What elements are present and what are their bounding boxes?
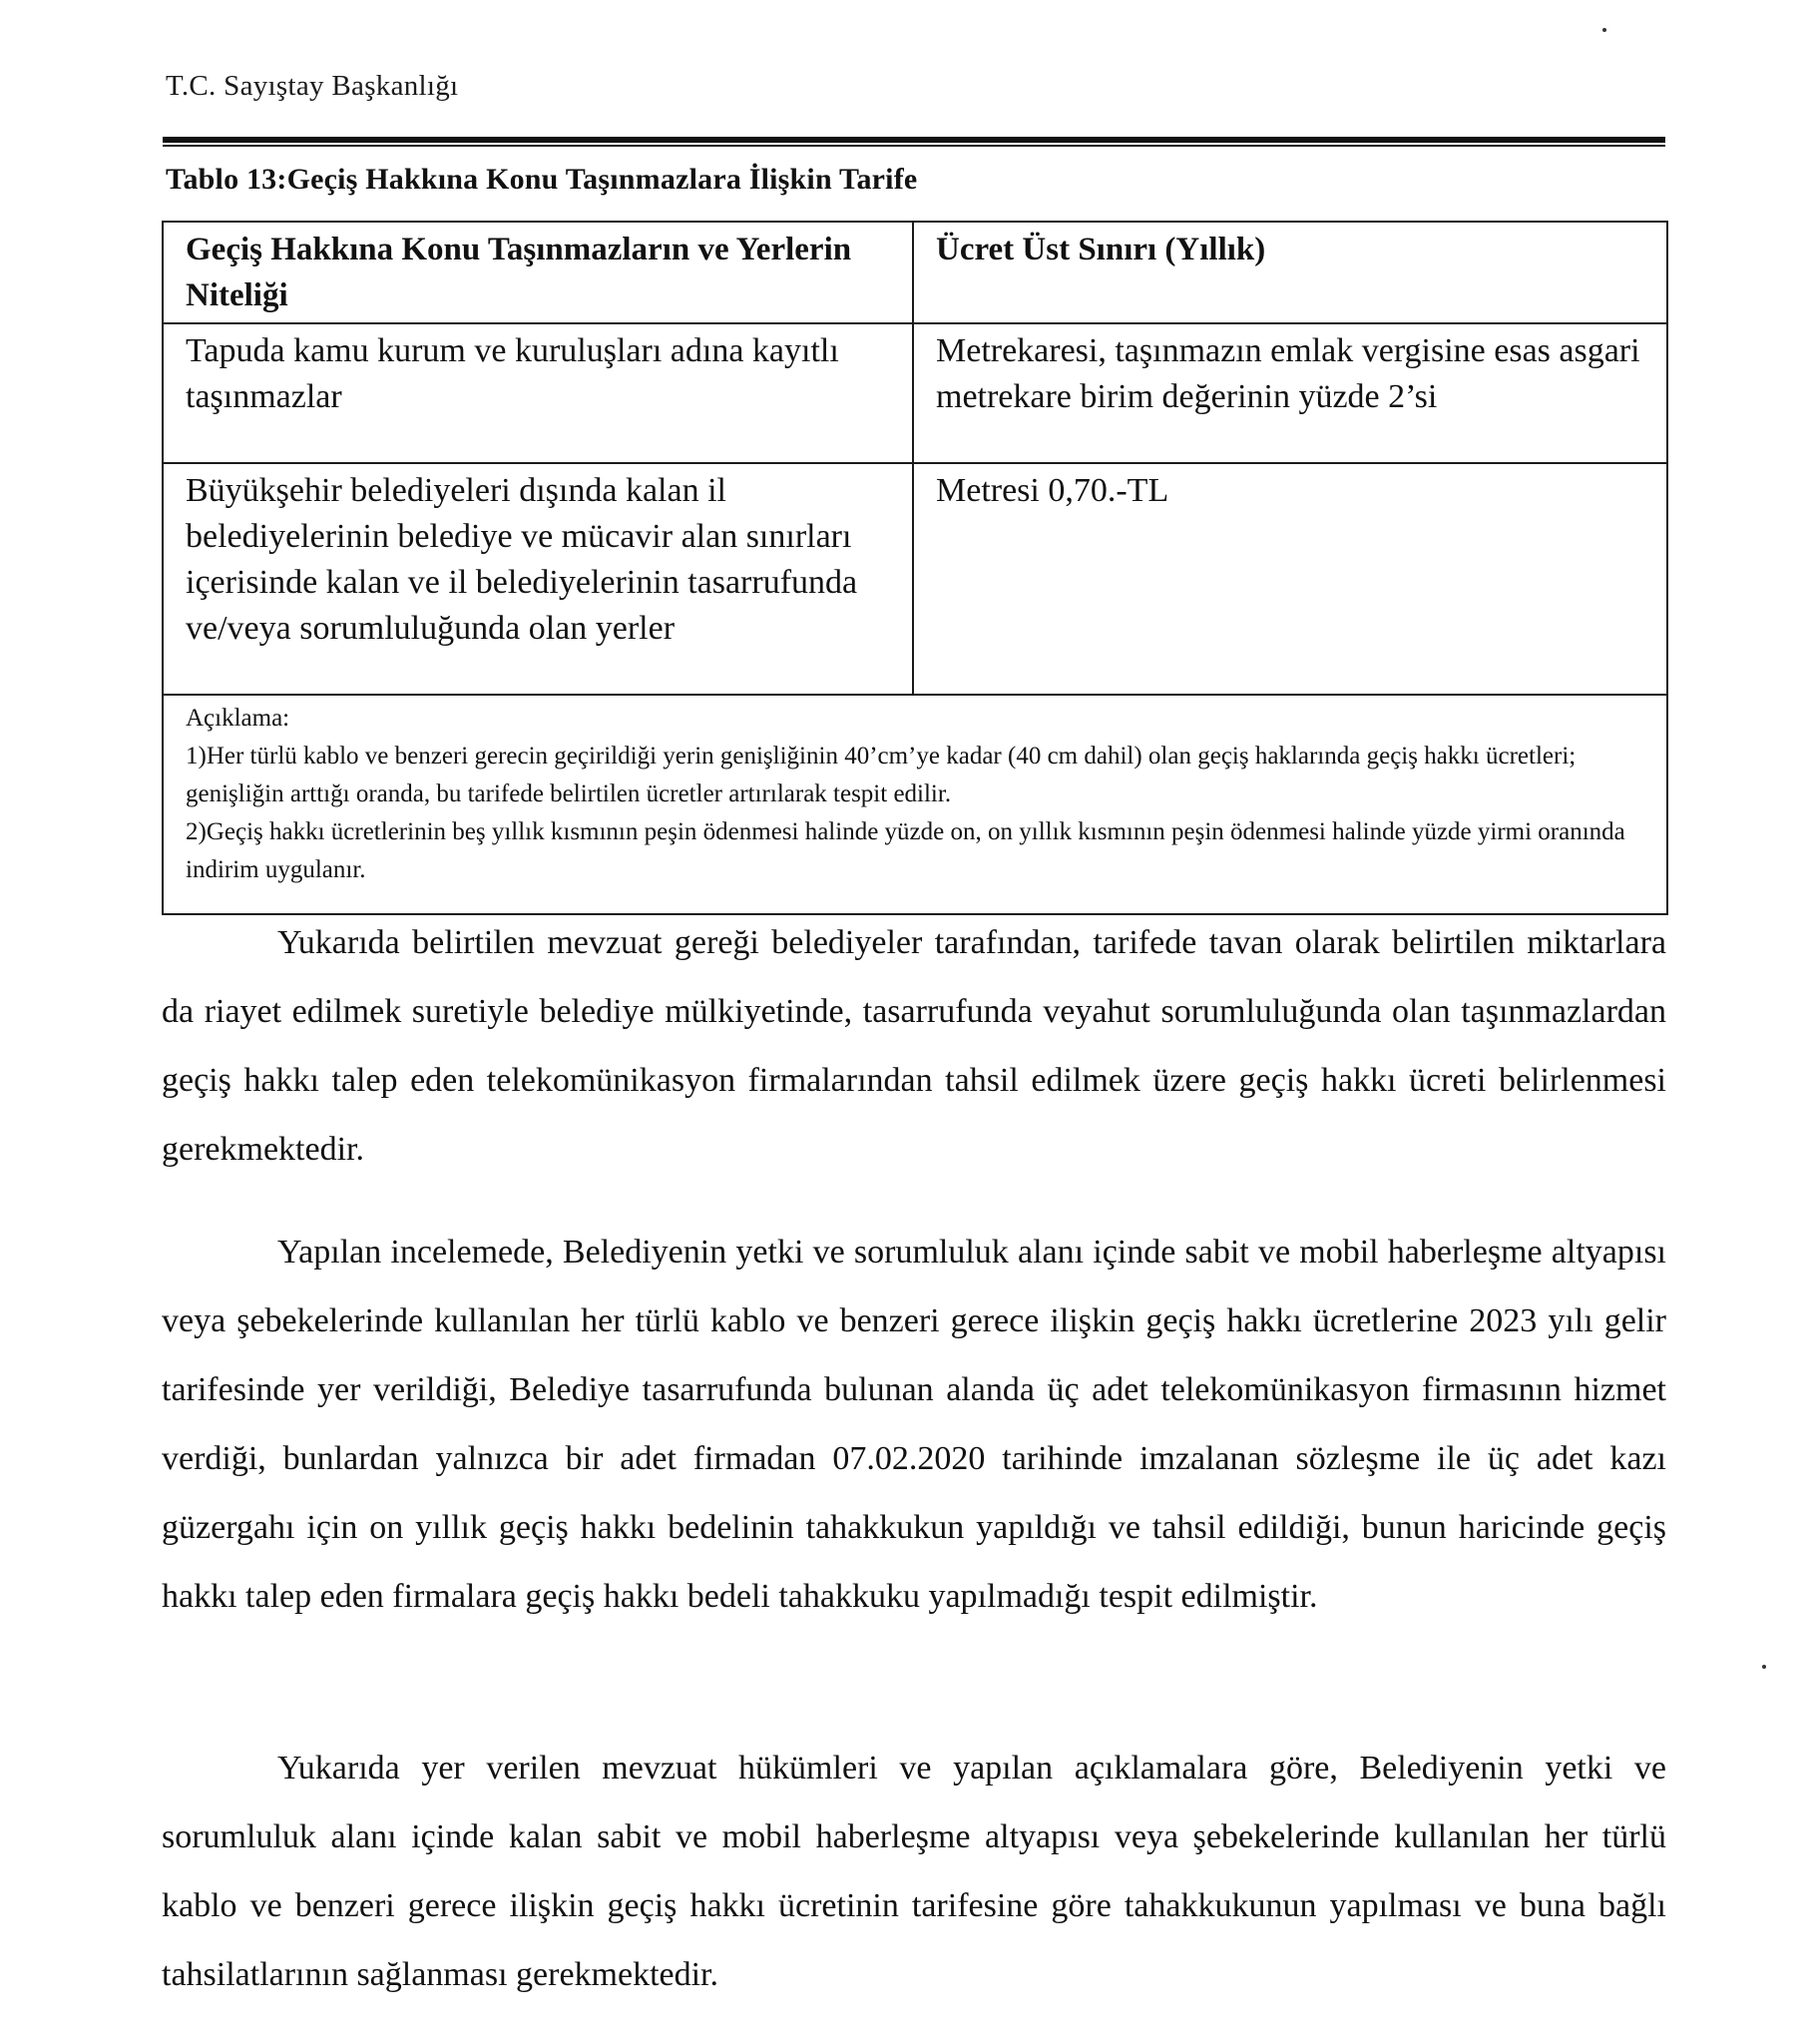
document-page: T.C. Sayıştay Başkanlığı Tablo 13:Geçiş … [0,0,1815,2044]
note-item: 2)Geçiş hakkı ücretlerinin beş yıllık kı… [186,813,1648,889]
table-row: Büyükşehir belediyeleri dışında kalan il… [163,463,1667,695]
notes-title: Açıklama: [186,700,1648,738]
cell-nature: Tapuda kamu kurum ve kuruluşları adına k… [163,323,913,463]
scan-speck [1602,28,1606,32]
table-row: Tapuda kamu kurum ve kuruluşları adına k… [163,323,1667,463]
cell-fee-cap: Metrekaresi, taşınmazın emlak vergisine … [913,323,1667,463]
paragraph-text: Yukarıda yer verilen mevzuat hükümleri v… [162,1750,1666,1993]
paragraph: Yapılan incelemede, Belediyenin yetki ve… [162,1218,1666,1631]
header-rule [163,137,1665,147]
table-notes: Açıklama: 1)Her türlü kablo ve benzeri g… [163,695,1667,914]
cell-nature: Büyükşehir belediyeleri dışında kalan il… [163,463,913,695]
scan-speck [1762,1665,1766,1669]
column-header-fee-cap: Ücret Üst Sınırı (Yıllık) [913,222,1667,323]
note-item: 1)Her türlü kablo ve benzeri gerecin geç… [186,738,1648,813]
paragraph-text: Yapılan incelemede, Belediyenin yetki ve… [162,1234,1666,1615]
table-header-row: Geçiş Hakkına Konu Taşınmazların ve Yerl… [163,222,1667,323]
paragraph: Yukarıda yer verilen mevzuat hükümleri v… [162,1734,1666,2009]
table-caption: Tablo 13:Geçiş Hakkına Konu Taşınmazlara… [166,163,917,197]
table-notes-row: Açıklama: 1)Her türlü kablo ve benzeri g… [163,695,1667,914]
paragraph-text: Yukarıda belirtilen mevzuat gereği beled… [162,924,1666,1168]
column-header-nature: Geçiş Hakkına Konu Taşınmazların ve Yerl… [163,222,913,323]
tariff-table: Geçiş Hakkına Konu Taşınmazların ve Yerl… [162,221,1668,915]
running-header: T.C. Sayıştay Başkanlığı [166,70,458,103]
cell-fee-cap: Metresi 0,70.-TL [913,463,1667,695]
paragraph: Yukarıda belirtilen mevzuat gereği beled… [162,908,1666,1184]
